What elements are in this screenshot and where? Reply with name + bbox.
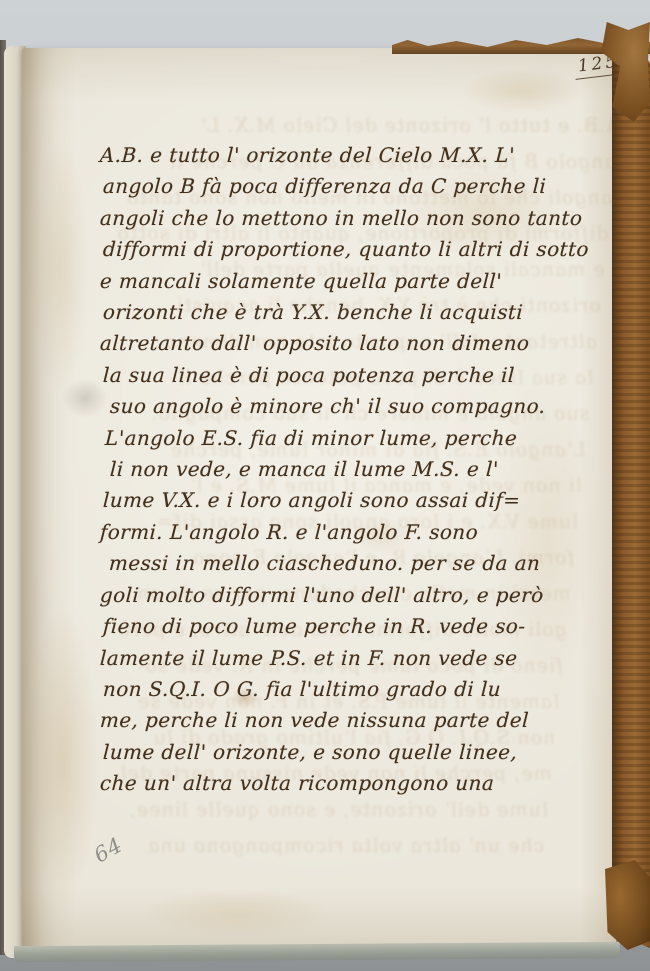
manuscript-line: li non vede, e manca il lume M.S. e l' [109,454,571,485]
manuscript-line: angoli che lo mettono in mello non sono … [99,203,571,234]
manuscript-line: orizonti che è trà Y.X. benche li acquis… [102,297,571,328]
manuscript-line: che un' altra volta ricompongono una [99,768,571,799]
manuscript-page: A.B. e tutto l' orizonte del Cielo M.X. … [22,48,616,950]
manuscript-line: A.B. e tutto l' orizonte del Cielo M.X. … [99,140,571,171]
manuscript-line: me, perche li non vede nissuna parte del [99,705,571,736]
stain [462,68,582,114]
manuscript-line: L'angolo E.S. fia di minor lume, perche [104,423,571,454]
manuscript-line: lamente il lume P.S. et in F. non vede s… [99,643,571,674]
manuscript-line: lume dell' orizonte, e sono quelle linee… [102,737,571,768]
manuscript-photo: A.B. e tutto l' orizonte del Cielo M.X. … [0,0,650,971]
manuscript-line: non S.Q.I. O G. fia l'ultimo grado di lu [102,674,571,705]
manuscript-line: fieno di poco lume perche in R. vede so- [102,611,571,642]
stain [30,138,90,398]
manuscript-line: messi in mello ciascheduno. per se da an [108,548,571,579]
handwritten-text-block: A.B. e tutto l' orizonte del Cielo M.X. … [100,140,570,800]
manuscript-line: angolo B fà poca differenza da C perche … [102,171,571,202]
manuscript-line: e mancali solamente quella parte dell' [99,266,571,297]
manuscript-line: goli molto difformi l'uno dell' altro, e… [99,580,571,611]
manuscript-line: lume V.X. e i loro angoli sono assai dif… [102,485,571,516]
showthrough-line: A.B. e tutto l' orizonte del Cielo M.X. … [98,108,616,144]
page-block-bottom-edge [14,942,620,962]
manuscript-line: altretanto dall' opposito lato non dimen… [99,328,571,359]
leather-cover-fore-edge [612,36,650,948]
manuscript-line: formi. L'angolo R. e l'angolo F. sono [99,517,571,548]
manuscript-line: suo angolo è minore ch' il suo compagno. [109,391,571,422]
manuscript-line: la sua linea è di poca potenza perche il [102,360,571,391]
stain [28,608,98,908]
pencil-annotation: 64 [90,833,127,868]
manuscript-line: difformi di proportione, quanto li altri… [102,234,571,265]
stain [142,888,332,938]
